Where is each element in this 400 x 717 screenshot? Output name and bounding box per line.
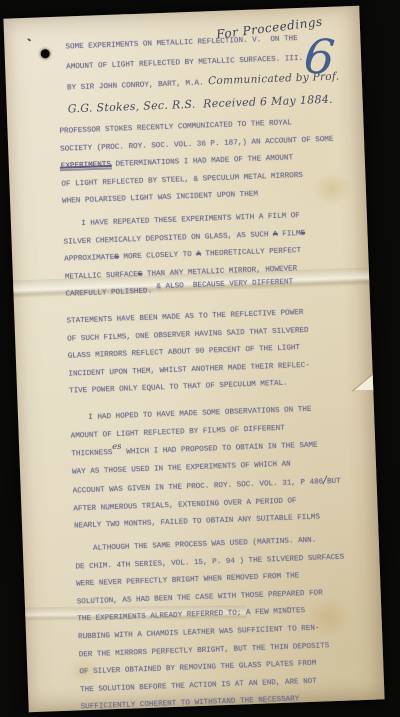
typescript-text: SOME EXPERIMENTS ON METALLIC REFLECTION.… — [56, 29, 363, 713]
typed-segment: AFTER NUMEROUS TRIALS, EXTENDING OVER A … — [73, 497, 296, 513]
typed-segment: SUFFICIENTLY COHERENT TO WITHSTAND THE N… — [81, 696, 300, 712]
paragraphs-container: PROFESSOR STOKES RECENTLY COMMUNICATED T… — [59, 113, 363, 712]
paragraph: I HAVE REPEATED THESE EXPERIMENTS WITH A… — [63, 206, 348, 304]
punch-hole — [41, 49, 50, 58]
typed-segment: SILVER CHEMICALLY DEPOSITED ON GLASS, AS… — [63, 231, 273, 247]
byline-typed: BY SIR JOHN CONROY, BART, M.A. — [67, 79, 208, 92]
typed-segment: GLASS MIRRORS REFLECT ABOUT 90 PERCENT O… — [68, 344, 301, 361]
typed-segment: PROFESSOR STOKES RECENTLY COMMUNICATED T… — [59, 119, 292, 136]
typed-segment: BUT — [327, 478, 341, 486]
paragraph: PROFESSOR STOKES RECENTLY COMMUNICATED T… — [59, 113, 344, 211]
paragraph: ALTHOUGH THE SAME PROCESS WAS USED (MART… — [75, 531, 363, 712]
byline-handwritten: Communicated by Prof. — [208, 70, 340, 87]
typed-segment: STATEMENTS HAVE BEEN MADE AS TO THE REFL… — [66, 309, 303, 326]
typed-segment: THICKNESS — [71, 449, 112, 458]
paragraph: I HAD HOPED TO HAVE MADE SOME OBSERVATIO… — [70, 400, 356, 536]
scan-backdrop: For Proceedings 6 SOME EXPERIMENTS ON ME… — [0, 0, 400, 717]
paper-sheet: For Proceedings 6 SOME EXPERIMENTS ON ME… — [3, 6, 384, 713]
typed-segment: TIVE POWER ONLY EQUAL TO THAT OF SPECULU… — [69, 380, 288, 396]
typed-segment: THEORETICALLY PERFECT — [201, 247, 301, 259]
typed-segment: WERE NEVER PERFECTLY BRIGHT WHEN REMOVED… — [76, 573, 299, 589]
typed-segment: WAY AS THOSE USED IN THE EXPERIMENTS OF … — [72, 460, 291, 476]
typed-segment: DETERMINATIONS I HAD MADE OF THE AMOUNT — [111, 154, 293, 169]
ink-speck — [27, 38, 31, 42]
title-block: SOME EXPERIMENTS ON METALLIC REFLECTION.… — [56, 29, 341, 119]
typed-segment: METALLIC SURFACE — [65, 271, 138, 282]
typed-segment: THAN ANY METALLIC MIRROR, HOWEVER — [142, 265, 297, 279]
typed-segment: FILM — [278, 230, 301, 239]
typed-segment: I HAD HOPED TO HAVE MADE SOME OBSERVATIO… — [70, 406, 312, 423]
typed-segment: WHICH I HAD PROPOSED TO OBTAIN IN THE SA… — [122, 442, 318, 457]
typed-segment-blot: EXPERIMENTS — [61, 161, 111, 171]
typed-segment: WHEN POLARISED LIGHT WAS INCIDENT UPON T… — [62, 191, 258, 206]
typed-segment: AMOUNT OF LIGHT REFLECTED BY FILMS OF DI… — [71, 424, 285, 440]
typed-segment-struck: S — [300, 229, 305, 237]
paper-fold-notch — [350, 373, 375, 391]
typed-segment: APPROXIMATE — [64, 254, 114, 264]
typed-segment: I HAVE REPEATED THESE EXPERIMENTS WITH A… — [63, 212, 300, 229]
typed-segment: MORE CLOSELY TO — [119, 251, 197, 262]
typed-segment: CAREFULLY POLISHED. — [65, 288, 156, 299]
typed-segment-hw-sup: es — [112, 442, 122, 452]
paragraph: STATEMENTS HAVE BEEN MADE AS TO THE REFL… — [66, 303, 351, 401]
